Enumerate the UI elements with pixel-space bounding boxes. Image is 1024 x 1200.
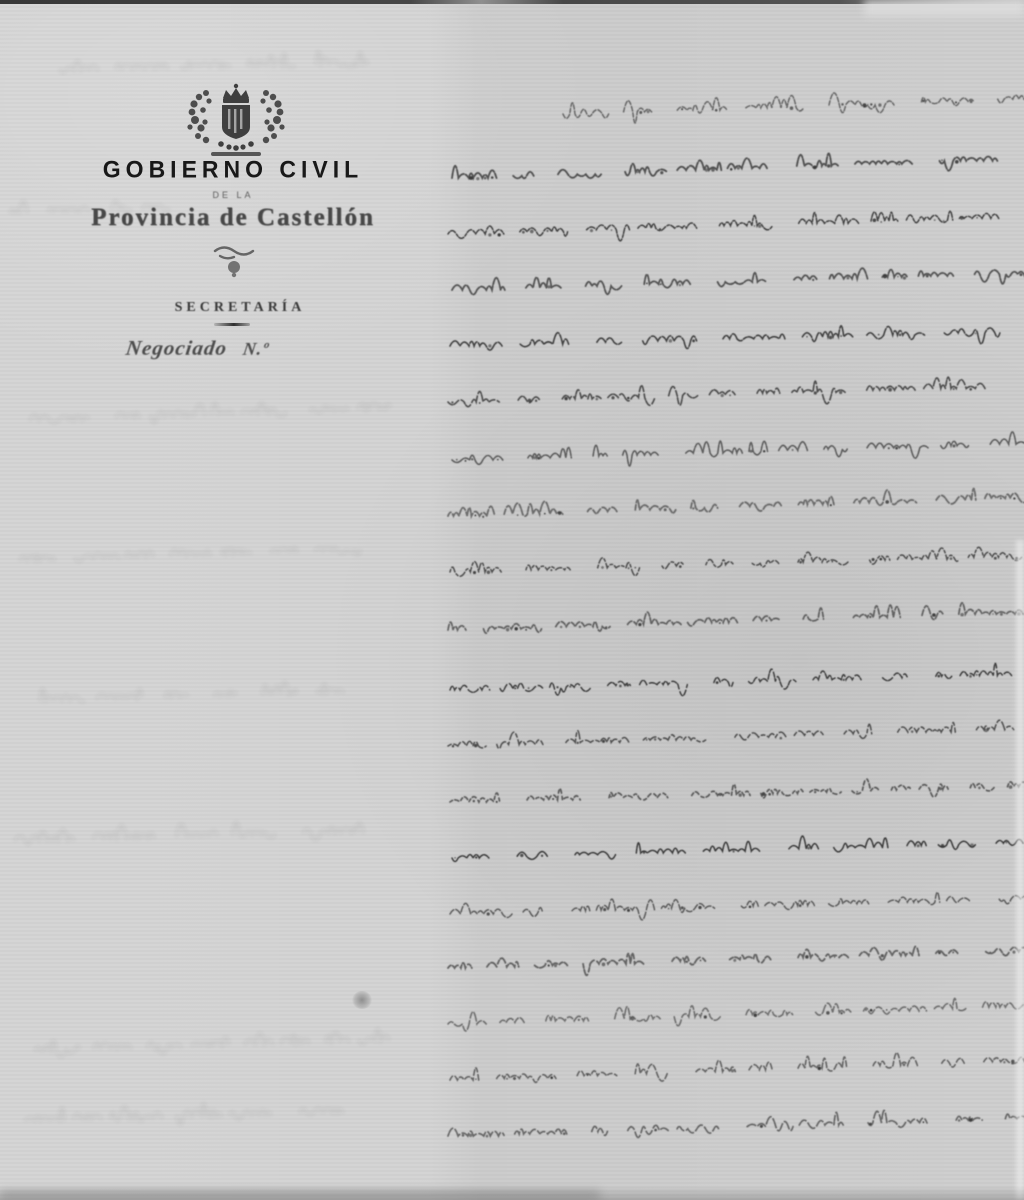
handwriting-line: en el que ha de verifi… bbox=[450, 1053, 1024, 1082]
ghost-line bbox=[35, 1029, 390, 1057]
scan-edge-right bbox=[1016, 540, 1024, 1200]
ghost-line bbox=[30, 403, 392, 423]
handwriting-line: … … … contado bbox=[448, 998, 1024, 1031]
handwriting-line: Vista la consulta bbox=[563, 93, 1024, 123]
handwriting-line: …có el día 14 del actual bbox=[448, 1110, 1024, 1137]
handwriting-line: … de 1916, y que y … bbox=[452, 432, 1024, 466]
ghost-line bbox=[25, 1103, 343, 1124]
ink-smudge-dot bbox=[352, 991, 372, 1009]
handwriting-line: en tanto … y …, bbox=[452, 836, 1023, 861]
handwriting-line: … de dicho … al… bbox=[450, 892, 1024, 920]
handwriting-line: que … … … … bbox=[450, 779, 1024, 803]
handwriting-line: … … la … bbox=[450, 663, 1012, 695]
handwriting-line: manifestando que … bbox=[450, 326, 1000, 350]
show-through-ghost-lines bbox=[10, 51, 392, 1124]
handwriting-line: …, que … … se bbox=[450, 547, 1021, 576]
scan-bottom-shadow bbox=[0, 1191, 600, 1200]
handwriting-line: … entrada en almacén … bbox=[448, 377, 985, 406]
ghost-line bbox=[20, 547, 361, 561]
scanned-document-page: GOBIERNO CIVIL DE LA Provincia de Castel… bbox=[0, 0, 1024, 1200]
ghost-line bbox=[10, 201, 170, 220]
handwriting-line: …da en Depósito; que bbox=[448, 603, 1023, 633]
ghost-line bbox=[60, 51, 368, 73]
handwritten-text-layer: Vista la consultahecha por … … …… y … … … bbox=[0, 0, 1024, 1200]
handwriting-line: hecha por … … … bbox=[452, 153, 997, 180]
ghost-line bbox=[40, 682, 344, 702]
handwriting-line: … y … … de … bbox=[448, 211, 999, 241]
handwriting-line: … … no tiene bbox=[448, 720, 1014, 748]
handwriting-line: … estaba en … bbox=[448, 489, 1024, 518]
handwriting-line: …do … Ben…, bbox=[452, 268, 1024, 294]
ghost-line bbox=[15, 822, 363, 844]
handwriting-line: … … que … ha de … bbox=[448, 946, 1024, 975]
